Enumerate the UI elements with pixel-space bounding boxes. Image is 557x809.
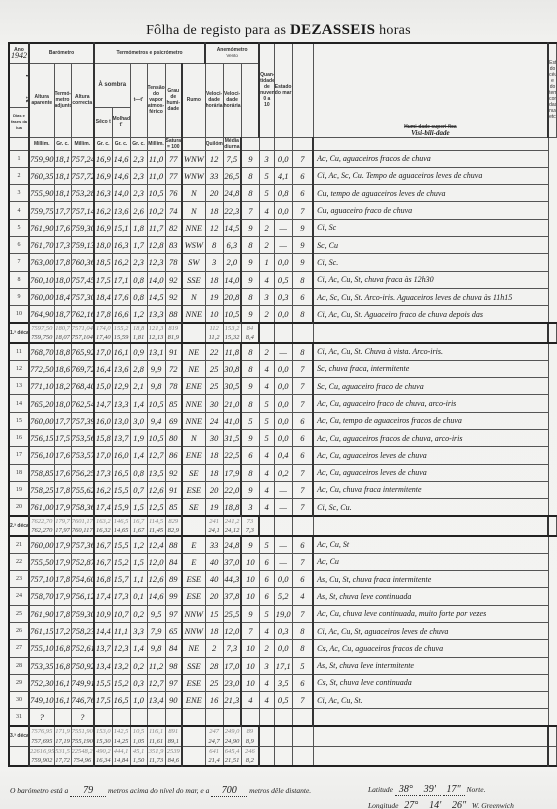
cell-dif: 3,0 (130, 412, 147, 429)
day-number: 5 (9, 219, 29, 236)
cell-molh: 17,1 (112, 271, 130, 288)
decade-value: 848,4 (241, 323, 259, 343)
decade-value: 10,51,05 (130, 726, 147, 746)
table-row: 11768,7018,8765,9217,016,10,913,191NE221… (9, 343, 557, 360)
cell-alt-cor: 749,91 (71, 674, 94, 691)
day-number: 23 (9, 571, 29, 588)
cell-alt-ap: 760,00 (29, 536, 54, 553)
cell-mar: 4 (259, 378, 274, 395)
sky-observation: Ac, Cu (313, 553, 548, 570)
cell-seco: 17,5 (94, 692, 112, 709)
cell-mar: 2 (259, 640, 274, 657)
decade-value: 45,11,50 (130, 746, 147, 766)
cell-dif: 3,3 (130, 622, 147, 639)
cell-tens: 14,5 (147, 288, 165, 305)
cell-seco: 14,7 (94, 395, 112, 412)
cell-term: 16,8 (54, 657, 71, 674)
sky-observation: Ac, Cu, aguaceiros leves de chuva (313, 464, 548, 481)
cell-mar: 2 (259, 343, 274, 360)
day-number: 28 (9, 657, 29, 674)
cell-tens: 9,8 (147, 640, 165, 657)
cell-grau: 91 (165, 481, 182, 498)
cell-chuva: 0,0 (274, 571, 292, 588)
cell-seco: 15,0 (94, 378, 112, 395)
table-row: 13771,1018,2768,4015,012,92,19,878ENE253… (9, 378, 557, 395)
cell-grau: 97 (165, 605, 182, 622)
cell-mar: 3 (259, 657, 274, 674)
day-number: 15 (9, 412, 29, 429)
cell-vis: 8 (292, 343, 313, 360)
sky-observation: Ci, Ac, Cu, St, chuva fraca às 12h30 (313, 271, 548, 288)
table-row: 12772,5018,6769,7216,413,62,89,972NE2530… (9, 360, 557, 377)
day-number: 16 (9, 429, 29, 446)
cell-mar: 4 (259, 202, 274, 219)
cell-velm: 7,3 (223, 640, 241, 657)
day-number: 29 (9, 674, 29, 691)
cell-alt-ap: 756,15 (29, 429, 54, 446)
year-value: 1942 (10, 53, 28, 59)
table-row: 30749,1016,1746,7617,516,51,013,490ENE16… (9, 692, 557, 709)
sky-observation: Ac, Cu, St (313, 536, 548, 553)
cell-nuv: 10 (241, 640, 259, 657)
barometer-header: Barómetro (29, 43, 94, 63)
cell-grau: 89 (165, 571, 182, 588)
cell-dif: 1,2 (130, 536, 147, 553)
day-number: 10 (9, 306, 29, 323)
cell-velm: 23,0 (223, 674, 241, 691)
decade-summary-row: 2.ª década7622,70762,270179,717,977601,1… (9, 516, 557, 536)
cell-alt-cor: 765,92 (71, 343, 94, 360)
wind-direction-header: Rumo (182, 63, 205, 137)
cell-grau: 76 (165, 185, 182, 202)
cell-alt-ap: 755,90 (29, 185, 54, 202)
cell-term: 17,9 (54, 588, 71, 605)
table-row: 6761,7017,3759,1318,016,31,712,883WSW86,… (9, 236, 557, 253)
cell-chuva: — (274, 236, 292, 253)
termometro-adjunto-header: Termó-metro adjunto (54, 63, 71, 137)
cell-chuva: 0,0 (274, 150, 292, 167)
cell-vis: 4 (292, 588, 313, 605)
table-row: 20761,0017,9758,3617,415,91,512,585SE191… (9, 499, 557, 516)
cell-alt-cor: 756,12 (71, 588, 94, 605)
cell-tens: 12,7 (147, 674, 165, 691)
cell-chuva: 17,1 (274, 657, 292, 674)
cell-vis: 6 (292, 429, 313, 446)
cell-alt-ap: 758,25 (29, 481, 54, 498)
cell-alt-cor: 759,30 (71, 219, 94, 236)
cell-mar: 4 (259, 271, 274, 288)
cell-grau: 74 (165, 202, 182, 219)
cell-rumo (182, 709, 205, 726)
decade-value: 737,3 (241, 516, 259, 536)
cell-molh: 15,5 (112, 536, 130, 553)
cell-tens: 13,4 (147, 692, 165, 709)
shade-header: À sombra (94, 63, 130, 107)
cell-velm: 21,3 (223, 692, 241, 709)
decade-value: 179,717,97 (54, 516, 71, 536)
cell-grau: 99 (165, 588, 182, 605)
cell-molh: 13,3 (112, 395, 130, 412)
cell-velm: 26,5 (223, 167, 241, 184)
cell-dif: 1,4 (130, 395, 147, 412)
cell-chuva: — (274, 536, 292, 553)
cell-tens: 13,5 (147, 464, 165, 481)
cell-vis: 7 (292, 553, 313, 570)
cell-alt-cor: 760,36 (71, 254, 94, 271)
cell-nuv: 7 (241, 622, 259, 639)
decade-value: 142,514,25 (112, 726, 130, 746)
cell-velm: 37,8 (223, 588, 241, 605)
cell-seco: 16,4 (94, 360, 112, 377)
cell-molh: 16,1 (112, 343, 130, 360)
cell-nuv: 10 (241, 657, 259, 674)
cell-mar: 4 (259, 447, 274, 464)
days-header: Dias e fases da lua (9, 107, 29, 137)
decade-value: 490,216,34 (94, 746, 112, 766)
humidity-header: Grau de humi-dade (165, 63, 182, 137)
decade-label: 2.ª década (9, 516, 29, 536)
table-row: 15760,0017,7757,3916,013,03,09,469NNE244… (9, 412, 557, 429)
table-row: 19758,2517,8755,6216,215,50,712,691ESE20… (9, 481, 557, 498)
cell-vel: 8 (205, 236, 223, 253)
cell-term: 17,8 (54, 605, 71, 622)
cell-velm: 44,3 (223, 571, 241, 588)
decade-value: 16,71,67 (130, 516, 147, 536)
cell-velm: 10,5 (223, 306, 241, 323)
decade-value: 241,224,12 (223, 516, 241, 536)
cell-tens: 11,7 (147, 219, 165, 236)
cell-alt-ap: ? (29, 709, 54, 726)
clouds-header: Quan-tidade de nuvens 0 a 10 (259, 43, 274, 137)
decade-label: 1.ª década (9, 323, 29, 343)
cell-alt-ap: 753,35 (29, 657, 54, 674)
cell-velm: 25,5 (223, 605, 241, 622)
cell-tens: 9,9 (147, 360, 165, 377)
cell-nuv (241, 709, 259, 726)
cell-molh: 12,3 (112, 640, 130, 657)
cell-term: 16,1 (54, 674, 71, 691)
cell-tens: 14,0 (147, 271, 165, 288)
cell-alt-ap: 749,10 (29, 692, 54, 709)
cell-tens: 10,5 (147, 429, 165, 446)
cell-seco: 16,2 (94, 481, 112, 498)
cell-seco: 16,9 (94, 219, 112, 236)
sky-observation: Ac, Cu, aguaceiros fracos de chuva (313, 150, 548, 167)
register-sheet: Fôlha de registo para as DEZASSEIS horas… (0, 0, 557, 809)
table-row: 17756,1017,6753,5717,016,01,412,786ENE18… (9, 447, 557, 464)
decade-value: 163,216,32 (94, 516, 112, 536)
cell-mar: 4 (259, 674, 274, 691)
cell-rumo: NNE (182, 306, 205, 323)
cell-grau: 78 (165, 378, 182, 395)
sky-observation: Ci, Ac, Sc, Cu. Tempo de aguaceiros leve… (313, 167, 548, 184)
cell-chuva: 0,0 (274, 306, 292, 323)
sky-observation: Ac, Cu, chuva fraca intermitente (313, 481, 548, 498)
cell-nuv: 8 (241, 167, 259, 184)
table-row: 4759,7517,7757,1416,213,62,610,274N1822,… (9, 202, 557, 219)
cell-chuva: 3,5 (274, 674, 292, 691)
cell-nuv: 10 (241, 553, 259, 570)
weather-register-table: Ano 1942 Barómetro Termómetros e psicróm… (8, 42, 557, 767)
cell-grau: 92 (165, 464, 182, 481)
cell-nuv: 9 (241, 481, 259, 498)
cell-grau: 84 (165, 640, 182, 657)
cell-vel: 18 (205, 464, 223, 481)
cell-vis: 7 (292, 499, 313, 516)
cell-alt-cor: 752,87 (71, 553, 94, 570)
cell-vis: 6 (292, 674, 313, 691)
cell-tens: 11,2 (147, 657, 165, 674)
cell-velm: 31,5 (223, 429, 241, 446)
cell-chuva: 0,5 (274, 692, 292, 709)
cell-rumo: NNE (182, 219, 205, 236)
cell-tens: 9,5 (147, 605, 165, 622)
cell-nuv: 9 (241, 219, 259, 236)
cell-alt-cor: 758,36 (71, 499, 94, 516)
cell-nuv: 4 (241, 692, 259, 709)
cell-nuv: 9 (241, 271, 259, 288)
cell-rumo: ESE (182, 571, 205, 588)
cell-molh: 17,3 (112, 588, 130, 605)
cell-vel: 16 (205, 692, 223, 709)
cell-grau: 69 (165, 412, 182, 429)
cell-vel: 22 (205, 343, 223, 360)
cell-vis: 6 (292, 185, 313, 202)
decade-value: 24124,1 (205, 516, 223, 536)
cell-vis: 8 (292, 622, 313, 639)
table-row: 3755,9018,1753,2816,314,02,310,576N2024,… (9, 185, 557, 202)
decade-value: 114,511,45 (147, 516, 165, 536)
cell-tens: 12,0 (147, 553, 165, 570)
cell-seco: 16,7 (94, 553, 112, 570)
cell-alt-ap: 761,90 (29, 605, 54, 622)
table-row: 7763,0017,8760,3618,516,22,312,378SW32,0… (9, 254, 557, 271)
cell-dif: 0,2 (130, 657, 147, 674)
cell-mar: 3 (259, 150, 274, 167)
sky-observation: Ci, Sc (313, 219, 548, 236)
sky-observation: Ac, Sc, Cu, St. Arco-iris. Aguaceiros le… (313, 288, 548, 305)
cell-alt-cor: 762,16 (71, 306, 94, 323)
cell-molh: 16,3 (112, 236, 130, 253)
cell-rumo: SSE (182, 271, 205, 288)
cell-rumo: N (182, 429, 205, 446)
cell-seco: 17,3 (94, 464, 112, 481)
decade-value: 444,114,84 (112, 746, 130, 766)
table-row: 23757,1017,8754,6016,815,71,112,689ESE40… (9, 571, 557, 588)
cell-molh: 16,6 (112, 306, 130, 323)
cell-chuva: 0,0 (274, 254, 292, 271)
cell-rumo: ESE (182, 588, 205, 605)
cell-rumo: E (182, 536, 205, 553)
cell-term: 18,1 (54, 185, 71, 202)
decade-value: 7597,50759,750 (29, 323, 54, 343)
sky-observation: Ci, Ac, Cu, St. Chuva à vista. Arco-iris… (313, 343, 548, 360)
day-number: 1 (9, 150, 29, 167)
cell-grau: 86 (165, 447, 182, 464)
cell-velm: 30,8 (223, 360, 241, 377)
cell-velm: 17,0 (223, 657, 241, 674)
cell-dif: 1,2 (130, 306, 147, 323)
cell-dif: 1,4 (130, 640, 147, 657)
cell-grau: 98 (165, 657, 182, 674)
cell-grau: 77 (165, 167, 182, 184)
cell-alt-cor: 758,23 (71, 622, 94, 639)
cell-tens: 10,2 (147, 202, 165, 219)
cell-nuv: 8 (241, 464, 259, 481)
cell-term: 17,3 (54, 236, 71, 253)
cell-dif: 0,9 (130, 343, 147, 360)
cell-chuva: 4,1 (274, 167, 292, 184)
wind-speed-header: Veloci-dade horária (205, 63, 223, 137)
cell-rumo: N (182, 202, 205, 219)
cell-term: 16,1 (54, 692, 71, 709)
cell-chuva: 0,4 (274, 447, 292, 464)
cell-tens: 11,0 (147, 167, 165, 184)
decade-value (182, 516, 205, 536)
day-number: 17 (9, 447, 29, 464)
cell-rumo: N (182, 185, 205, 202)
cell-mar: 6 (259, 571, 274, 588)
decade-value: 153,015,30 (94, 726, 112, 746)
table-row: 8760,1018,0757,4517,517,10,814,092SSE181… (9, 271, 557, 288)
cell-tens: 12,8 (147, 236, 165, 253)
cell-dif: 2,3 (130, 185, 147, 202)
cell-seco: 17,5 (94, 271, 112, 288)
cell-vis: 6 (292, 571, 313, 588)
cell-tens: 12,6 (147, 571, 165, 588)
sky-observation: Ac, Cu, chuva leve continuada, muito for… (313, 605, 548, 622)
cell-rumo: WSW (182, 236, 205, 253)
cell-term: 17,8 (54, 481, 71, 498)
cell-seco: 13,7 (94, 640, 112, 657)
cell-chuva: 0,2 (274, 464, 292, 481)
cell-alt-ap: 759,90 (29, 150, 54, 167)
cell-nuv: 9 (241, 254, 259, 271)
cell-velm: 21,0 (223, 395, 241, 412)
cell-rumo: NNE (182, 412, 205, 429)
day-number: 4 (9, 202, 29, 219)
decade-value: 7601,17760,117 (71, 516, 94, 536)
register-body: 1759,9018,1757,2416,914,62,311,077WNW127… (9, 150, 557, 766)
cell-seco: 17,0 (94, 447, 112, 464)
decade-value (182, 746, 205, 766)
cell-seco: 16,3 (94, 185, 112, 202)
cell-vis: 6 (292, 288, 313, 305)
cell-dif: 0,2 (130, 605, 147, 622)
cell-grau: 85 (165, 499, 182, 516)
decade-value: 645,421,51 (223, 746, 241, 766)
decade-value: 7551,90755,190 (71, 726, 94, 746)
cell-chuva: 0,0 (274, 640, 292, 657)
cell-grau: 72 (165, 360, 182, 377)
cell-dif: 2,3 (130, 150, 147, 167)
day-number: 26 (9, 622, 29, 639)
cell-rumo: NNW (182, 622, 205, 639)
cell-grau: 84 (165, 553, 182, 570)
day-number: 13 (9, 378, 29, 395)
cell-grau: 65 (165, 622, 182, 639)
cell-term: 18,0 (54, 395, 71, 412)
cell-rumo: ENE (182, 447, 205, 464)
cell-alt-ap: 758,85 (29, 464, 54, 481)
cell-vis (292, 709, 313, 726)
cell-nuv: 8 (241, 288, 259, 305)
cell-term: 18,1 (54, 167, 71, 184)
cell-grau: 90 (165, 692, 182, 709)
cell-seco: 13,4 (94, 657, 112, 674)
table-row: 21760,0017,9757,3616,715,51,212,488E3324… (9, 536, 557, 553)
sky-observation: Cu, tempo de aguaceiros leves de chuva (313, 185, 548, 202)
cell-velm: 2,0 (223, 254, 241, 271)
cell-alt-ap: 761,15 (29, 622, 54, 639)
cell-dif: 0,8 (130, 288, 147, 305)
cell-seco: 17,4 (94, 588, 112, 605)
cell-chuva: 5,2 (274, 588, 292, 605)
cell-dif: 1,0 (130, 692, 147, 709)
cell-nuv: 8 (241, 236, 259, 253)
decade-value: 253984,6 (165, 746, 182, 766)
cell-velm: 24,8 (223, 185, 241, 202)
cell-dif: 0,1 (130, 588, 147, 605)
visibility-header: Humi-dade superi-fica Visi-bili-dade (313, 43, 548, 137)
cell-vis: 6 (292, 412, 313, 429)
cell-vel: 12 (205, 219, 223, 236)
cell-nuv: 9 (241, 150, 259, 167)
sky-observation: Ci, Sc, Cu. (313, 499, 548, 516)
cell-alt-cor: 757,45 (71, 271, 94, 288)
decade-value: 116,111,61 (147, 726, 165, 746)
cell-dif: 2,3 (130, 254, 147, 271)
cell-dif: 0,3 (130, 674, 147, 691)
table-row: 31?? (9, 709, 557, 726)
cell-dif: 1,8 (130, 219, 147, 236)
cell-alt-ap: 760,00 (29, 288, 54, 305)
day-number: 6 (9, 236, 29, 253)
cell-alt-cor: ? (71, 709, 94, 726)
table-row: 9760,0018,4757,3018,417,60,814,592N1920,… (9, 288, 557, 305)
cell-chuva: 0,0 (274, 378, 292, 395)
cell-vis: 8 (292, 640, 313, 657)
cell-molh: 15,2 (112, 553, 130, 570)
cell-vis: 9 (292, 236, 313, 253)
cell-molh: 14,6 (112, 167, 130, 184)
sky-observation: Ci, Ac, Cu, St. (313, 692, 548, 709)
cell-velm: 30,5 (223, 378, 241, 395)
cell-vel: 3 (205, 254, 223, 271)
cell-term: 18,8 (54, 343, 71, 360)
table-row: 25761,9017,8759,3010,910,70,29,597NNW152… (9, 605, 557, 622)
cell-alt-ap: 755,10 (29, 640, 54, 657)
day-number: 30 (9, 692, 29, 709)
cell-vel: 33 (205, 536, 223, 553)
cell-grau: 78 (165, 254, 182, 271)
cell-molh: 15,1 (112, 219, 130, 236)
decade-value: 171,917,19 (54, 726, 71, 746)
cell-nuv: 6 (241, 447, 259, 464)
wind-speed-mean-header: Veloci-dade horária (223, 63, 241, 137)
cell-grau: 92 (165, 271, 182, 288)
cell-alt-ap: 763,00 (29, 254, 54, 271)
anemometer-header: Anemómetro Vento (205, 43, 259, 63)
cell-seco: 18,5 (94, 254, 112, 271)
cell-vel: 33 (205, 167, 223, 184)
sky-observation: Sc, Cu, aguaceiro fraco de chuva (313, 378, 548, 395)
cell-velm (223, 709, 241, 726)
sky-observation: Ci, Sc. (313, 254, 548, 271)
cell-mar: 4 (259, 622, 274, 639)
vapor-tension-header: Tensão do vapor atmos-férico (147, 63, 165, 137)
sky-observation: Ac, Cu, aguaceiro fraco de chuva, arco-i… (313, 395, 548, 412)
